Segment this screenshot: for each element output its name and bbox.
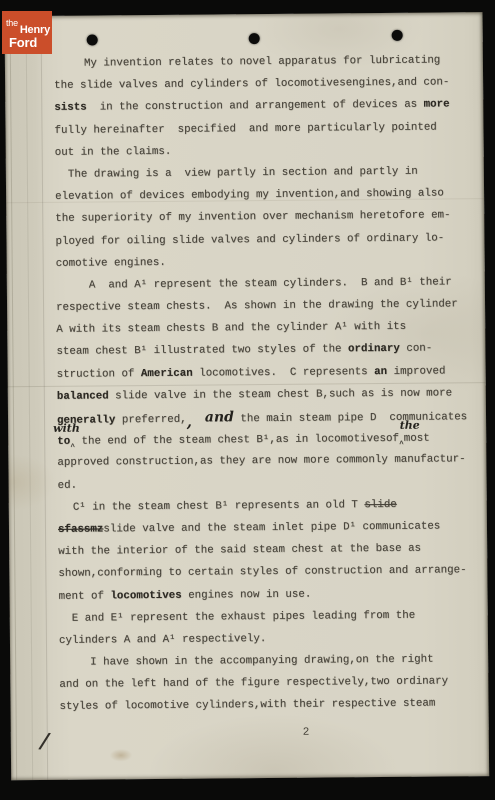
typed-text-segment: the slide valves and cylinders of locomo… <box>54 77 449 92</box>
punch-hole-icon <box>392 30 403 41</box>
typed-text-segment: I have shown in the accompanying drawing… <box>90 654 433 669</box>
typed-line: styles of locomotive cylinders,with thei… <box>59 693 479 719</box>
typed-text-segment: steam chest B¹ illustrated two styles of… <box>56 344 348 359</box>
typed-text-segment: balanced <box>57 390 109 402</box>
typed-line: approved construction,as they are now mo… <box>57 449 477 475</box>
handwritten-check-mark: / <box>40 728 50 754</box>
typed-text-segment: slide valve in the steam chest B,such as… <box>109 387 452 402</box>
typed-text-segment: elevation of devices embodying my invent… <box>55 188 444 203</box>
page-number: 2 <box>303 727 310 739</box>
typed-text-segment: cylinders A and A¹ respectively. <box>59 633 266 647</box>
typed-line: steam chest B¹ illustrated two styles of… <box>56 338 476 364</box>
typed-text-segment: approved construction,as they are now mo… <box>57 454 465 470</box>
typed-text-segment: My invention relates to novel apparatus … <box>84 54 440 69</box>
typed-text-segment: ed. <box>58 479 78 491</box>
typed-line: shown,conforming to certain styles of co… <box>58 559 478 585</box>
typed-text-segment: preferred, <box>115 414 186 427</box>
typed-line: the superiority of my invention over mec… <box>55 204 475 230</box>
typed-text-segment: sists <box>54 102 87 114</box>
typed-text-segment: locomotives <box>110 589 181 602</box>
typed-text-segment: styles of locomotive cylinders,with thei… <box>59 698 435 713</box>
typed-text-segment: struction of <box>57 368 141 381</box>
typed-text-segment: sfassmz <box>58 523 103 535</box>
typewritten-page: My invention relates to novel apparatus … <box>5 12 490 780</box>
typed-text-segment: A with its steam chests B and the cylind… <box>56 321 406 336</box>
typed-text-segment: comotive engines. <box>56 257 166 270</box>
punch-hole-icon <box>87 34 98 45</box>
typed-text-segment: the end of the steam chest B¹,as in loco… <box>75 433 399 448</box>
typed-text-segment: the superiority of my invention over mec… <box>55 210 450 225</box>
paper-edge-line <box>10 16 18 780</box>
typed-text-segment: A and A¹ represent the steam cylinders. … <box>89 276 452 291</box>
typed-text-segment: out in the claims. <box>55 146 172 159</box>
typed-text-segment: to <box>57 436 70 448</box>
typed-text-segment: ordinary <box>348 343 400 355</box>
typed-text-segment: the main steam pipe D communicates <box>234 411 467 425</box>
typed-text-segment: American <box>141 367 193 379</box>
logo-word-the: the <box>6 19 18 28</box>
typed-text-segment: The drawing is a view partly in section … <box>68 166 418 181</box>
typed-body-text: My invention relates to novel apparatus … <box>54 49 480 718</box>
typed-text-segment: ment of <box>59 590 111 602</box>
paragraph: E and E¹ represent the exhaust pipes lea… <box>59 604 479 652</box>
typed-text-segment: with the interior of the said steam ches… <box>58 543 421 558</box>
paragraph: C¹ in the steam chest B¹ represents an o… <box>58 493 479 608</box>
archive-photo: My invention relates to novel apparatus … <box>0 0 495 800</box>
typed-line: fully hereinafter specified and more par… <box>54 116 474 142</box>
typed-text-segment: con- <box>400 343 433 355</box>
the-henry-ford-logo: the Henry Ford <box>2 11 52 54</box>
typed-text-segment: engines now in use. <box>182 588 312 601</box>
typed-text-segment <box>192 414 205 426</box>
typed-line: respective steam chests. As shown in the… <box>56 293 476 319</box>
typed-text-segment: and on the left hand of the figure respe… <box>59 676 448 691</box>
paragraph: I have shown in the accompanying drawing… <box>59 648 480 718</box>
typed-text-segment: more <box>424 99 450 111</box>
fold-crease-vertical <box>26 16 34 780</box>
typed-text-segment: an <box>374 366 387 378</box>
typed-text-segment: slide valve and the steam inlet pipe D¹ … <box>103 520 440 535</box>
typed-text-segment: fully hereinafter specified and more par… <box>54 121 436 136</box>
typed-line: sists in the construction and arrangemen… <box>54 94 474 120</box>
typed-text-segment: respective steam chests. As shown in the… <box>56 298 458 314</box>
typed-text-segment: ployed for oiling slide valves and cylin… <box>55 232 444 247</box>
paragraph: My invention relates to novel apparatus … <box>54 49 475 164</box>
typed-text-segment: C¹ in the steam chest B¹ represents an o… <box>73 499 365 514</box>
typed-text-segment: shown,conforming to certain styles of co… <box>58 565 466 581</box>
typed-text-segment: most <box>404 433 430 445</box>
typed-text-segment: improved <box>387 365 445 378</box>
under-sheet-edge <box>41 16 49 780</box>
logo-word-ford: Ford <box>9 36 37 49</box>
typed-text-segment: slide <box>364 499 397 511</box>
punch-hole-icon <box>249 33 260 44</box>
handwritten-word: and <box>205 409 234 425</box>
paragraph: The drawing is a view partly in section … <box>55 160 476 275</box>
paragraph: A and A¹ represent the steam cylinders. … <box>56 271 478 497</box>
typed-line: ployed for oiling slide valves and cylin… <box>55 227 475 253</box>
typed-text-segment: locomotives. C represents <box>193 366 375 380</box>
typed-text-segment: E and E¹ represent the exhaust pipes lea… <box>72 609 415 624</box>
typed-text-segment: in the construction and arrangement of d… <box>87 99 424 114</box>
